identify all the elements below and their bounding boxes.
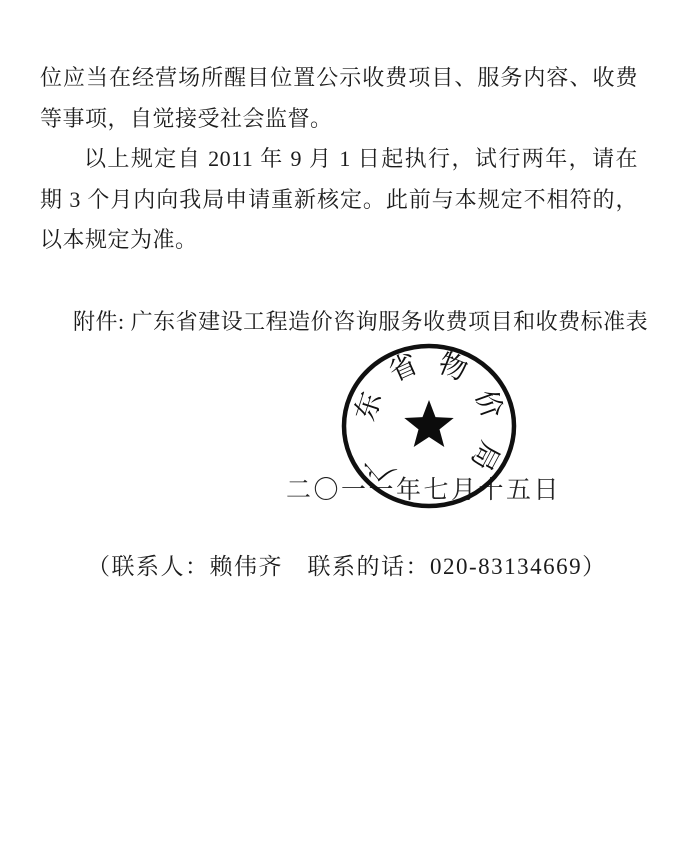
document-page: 位应当在经营场所醒目位置公示收费项目、服务内容、收费标准 等事项，自觉接受社会监… xyxy=(0,0,680,841)
body-line: 位应当在经营场所醒目位置公示收费项目、服务内容、收费标准 xyxy=(40,58,638,99)
body-line: 以上规定自 2011 年 9 月 1 日起执行，试行两年，请在届满 xyxy=(40,139,638,180)
body-line: 等事项，自觉接受社会监督。 xyxy=(40,99,638,140)
body-line: 期 3 个月内向我局申请重新核定。此前与本规定不相符的，一律 xyxy=(40,180,638,221)
contact-line: （联系人：赖伟齐 联系的话：020-83134669） xyxy=(87,548,607,581)
body-line: 以本规定为准。 xyxy=(40,220,638,261)
body-text: 位应当在经营场所醒目位置公示收费项目、服务内容、收费标准 等事项，自觉接受社会监… xyxy=(40,58,638,261)
official-seal: 广 东 省 物 价 局 xyxy=(329,326,529,526)
star-icon xyxy=(404,400,453,447)
seal-character: 价 xyxy=(469,386,509,423)
seal-character: 东 xyxy=(349,388,388,425)
